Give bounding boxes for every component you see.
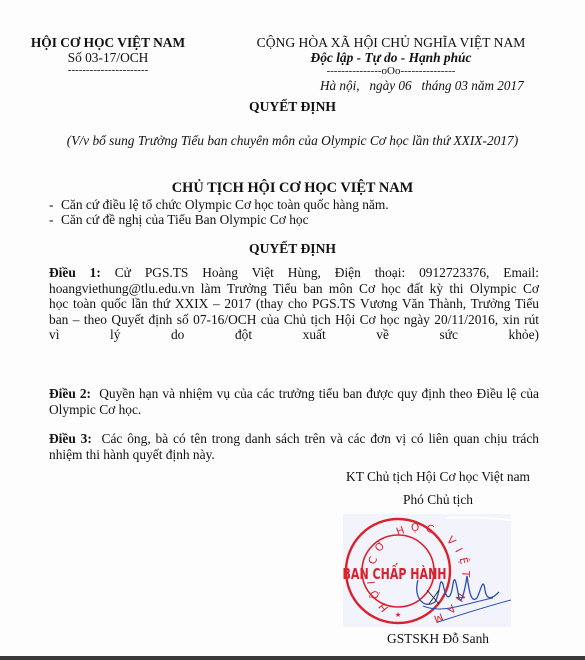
document-page: HỘI CƠ HỌC VIỆT NAM Số 03-17/OCH -------…	[0, 0, 585, 656]
article-line: ban – theo Quyết định số 07-16/OCH của C…	[49, 312, 539, 328]
legal-basis-text: Căn cứ đề nghị của Tiểu Ban Olympic Cơ h…	[61, 212, 309, 228]
article-2: Điều 2: Quyền hạn và nhiệm vụ của các tr…	[49, 386, 539, 417]
article-line: học toàn quốc lần thứ XXIX – 2017 (thay …	[49, 296, 539, 312]
signer-name: GSTSKH Đỗ Sanh	[338, 631, 538, 647]
article-line: hoangviethung@tlu.edu.vn làm Trưởng Tiểu…	[49, 281, 539, 297]
document-title: QUYẾT ĐỊNH	[0, 99, 585, 115]
stamp-and-signature-image: HỘI CƠ HỌC VIỆT NAM BAN CHẤP HÀNH ★	[343, 514, 511, 627]
article-label: Điều 2:	[49, 386, 91, 401]
article-text: Các ông, bà có tên trong danh sách trên …	[92, 431, 539, 446]
national-title: CỘNG HÒA XÃ HỘI CHỦ NGHĨA VIỆT NAM	[236, 35, 546, 51]
right-header-divider: ---------------oOo---------------	[236, 65, 546, 77]
issuer-heading: CHỦ TỊCH HỘI CƠ HỌC VIỆT NAM	[0, 180, 585, 197]
signature-title: Phó Chủ tịch	[338, 492, 538, 508]
left-header-divider: ----------------------	[24, 64, 192, 76]
article-line: Điều 1: Cử PGS.TS Hoàng Việt Hùng, Điện …	[49, 265, 539, 281]
organization-name: HỘI CƠ HỌC VIỆT NAM	[24, 35, 192, 51]
article-line: Olympic Cơ học.	[49, 402, 539, 418]
article-3: Điều 3: Các ông, bà có tên trong danh sá…	[49, 431, 539, 462]
article-line: vì lý do đột xuất về sức khỏe)	[49, 327, 539, 343]
article-text: Quyền hạn và nhiệm vụ của các trưởng tiể…	[91, 386, 539, 401]
decision-title: QUYẾT ĐỊNH	[0, 241, 585, 257]
article-label: Điều 1:	[49, 265, 101, 280]
article-line: nhiệm thi hành quyết định này.	[49, 447, 539, 463]
article-line: Điều 3: Các ông, bà có tên trong danh sá…	[49, 431, 539, 447]
article-line: Điều 2: Quyền hạn và nhiệm vụ của các tr…	[49, 386, 539, 402]
bullet-dash: -	[49, 212, 61, 228]
legal-basis-text: Căn cứ điều lệ tổ chức Olympic Cơ học to…	[61, 197, 389, 213]
seal-center-text: BAN CHẤP HÀNH	[343, 561, 447, 584]
legal-basis-item: -Căn cứ điều lệ tổ chức Olympic Cơ học t…	[49, 197, 389, 213]
star-icon: ★	[395, 611, 401, 619]
bullet-dash: -	[49, 197, 61, 213]
page-bottom-border	[0, 656, 585, 660]
article-text: Cử PGS.TS Hoàng Việt Hùng, Điện thoại: 0…	[101, 265, 539, 280]
document-subject: (V/v bổ sung Trưởng Tiểu ban chuyên môn …	[0, 133, 585, 149]
legal-basis-item: -Căn cứ đề nghị của Tiểu Ban Olympic Cơ …	[49, 212, 309, 228]
official-seal-icon: HỘI CƠ HỌC VIỆT NAM BAN CHẤP HÀNH ★	[343, 514, 511, 627]
national-motto: Độc lập - Tự do - Hạnh phúc	[236, 50, 546, 66]
article-1: Điều 1: Cử PGS.TS Hoàng Việt Hùng, Điện …	[49, 265, 539, 343]
article-label: Điều 3:	[49, 431, 92, 446]
place-and-date: Hà nội, ngày 06 tháng 03 năm 2017	[320, 78, 560, 94]
signature-role: KT Chủ tịch Hội Cơ học Việt nam	[338, 469, 538, 485]
